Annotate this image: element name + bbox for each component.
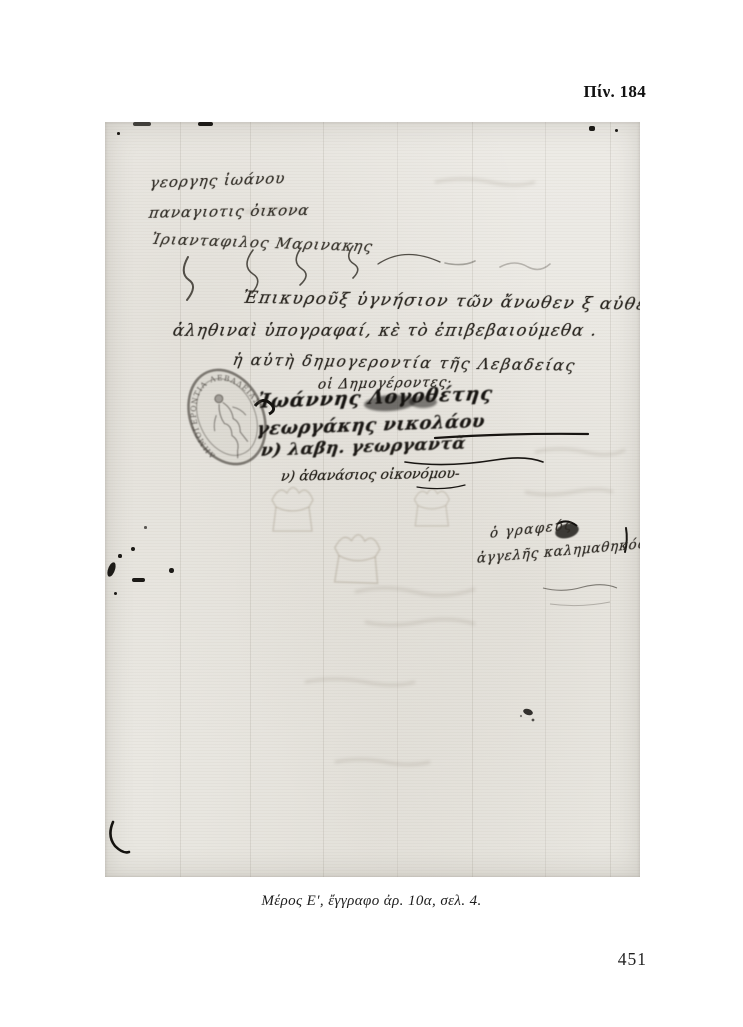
ink-speck bbox=[132, 578, 145, 582]
hw-name-3: Ἰριανταφιλος Μαρινακης bbox=[150, 230, 375, 256]
hw-body-1: Ἐπικυροῦξ ὑγνήσιον τῶν ἄνωθεν ξ αὐθέρω bbox=[241, 288, 640, 315]
ink-speck bbox=[118, 554, 122, 558]
hw-scribe-1: ὁ γραφεύς bbox=[490, 517, 574, 542]
book-page: { "page": { "plate_label": "Πίν. 184", "… bbox=[0, 0, 743, 1027]
plate-number-label: Πίν. 184 bbox=[584, 82, 647, 102]
ink-speck bbox=[117, 132, 120, 135]
ink-speck bbox=[198, 122, 213, 126]
hw-signature-1: Ἰωάννης Λογοθέτης bbox=[257, 383, 495, 413]
ink-speck bbox=[114, 592, 117, 595]
ink-speck bbox=[615, 129, 618, 132]
ink-speck bbox=[131, 547, 135, 551]
handwriting-layer: γεοργης ἰωάνουπαναγιοτις ὀικοναἸριανταφι… bbox=[105, 122, 640, 877]
ink-speck bbox=[144, 526, 147, 529]
hw-signature-4: ν) ἀθανάσιος οἰκονόμου- bbox=[280, 466, 461, 485]
hw-name-1: γεοργης ἰωάνου bbox=[149, 169, 287, 192]
ink-speck bbox=[589, 126, 595, 131]
ink-speck bbox=[133, 122, 151, 126]
hw-body-2: ἀληθιναὶ ὑπογραφαί, κὲ τὸ ἐπιβεβαιούμεθα… bbox=[171, 321, 598, 340]
manuscript-scan: ΔΗΜΟΓΕΡΟΝΤΙΑ ΛΕΒΑΔΕΙΑΣ γεοργης ἰωάνουπα bbox=[105, 122, 640, 877]
hw-name-2: παναγιοτις ὀικονα bbox=[148, 201, 311, 222]
hw-body-3: ἡ αὐτὴ δημογεροντία τῆς Λεβαδείας bbox=[231, 351, 577, 375]
ink-speck bbox=[169, 568, 174, 573]
figure-caption: Μέρος Ε′, ἔγγραφο ἀρ. 10α, σελ. 4. bbox=[0, 893, 743, 910]
page-number: 451 bbox=[618, 949, 647, 970]
